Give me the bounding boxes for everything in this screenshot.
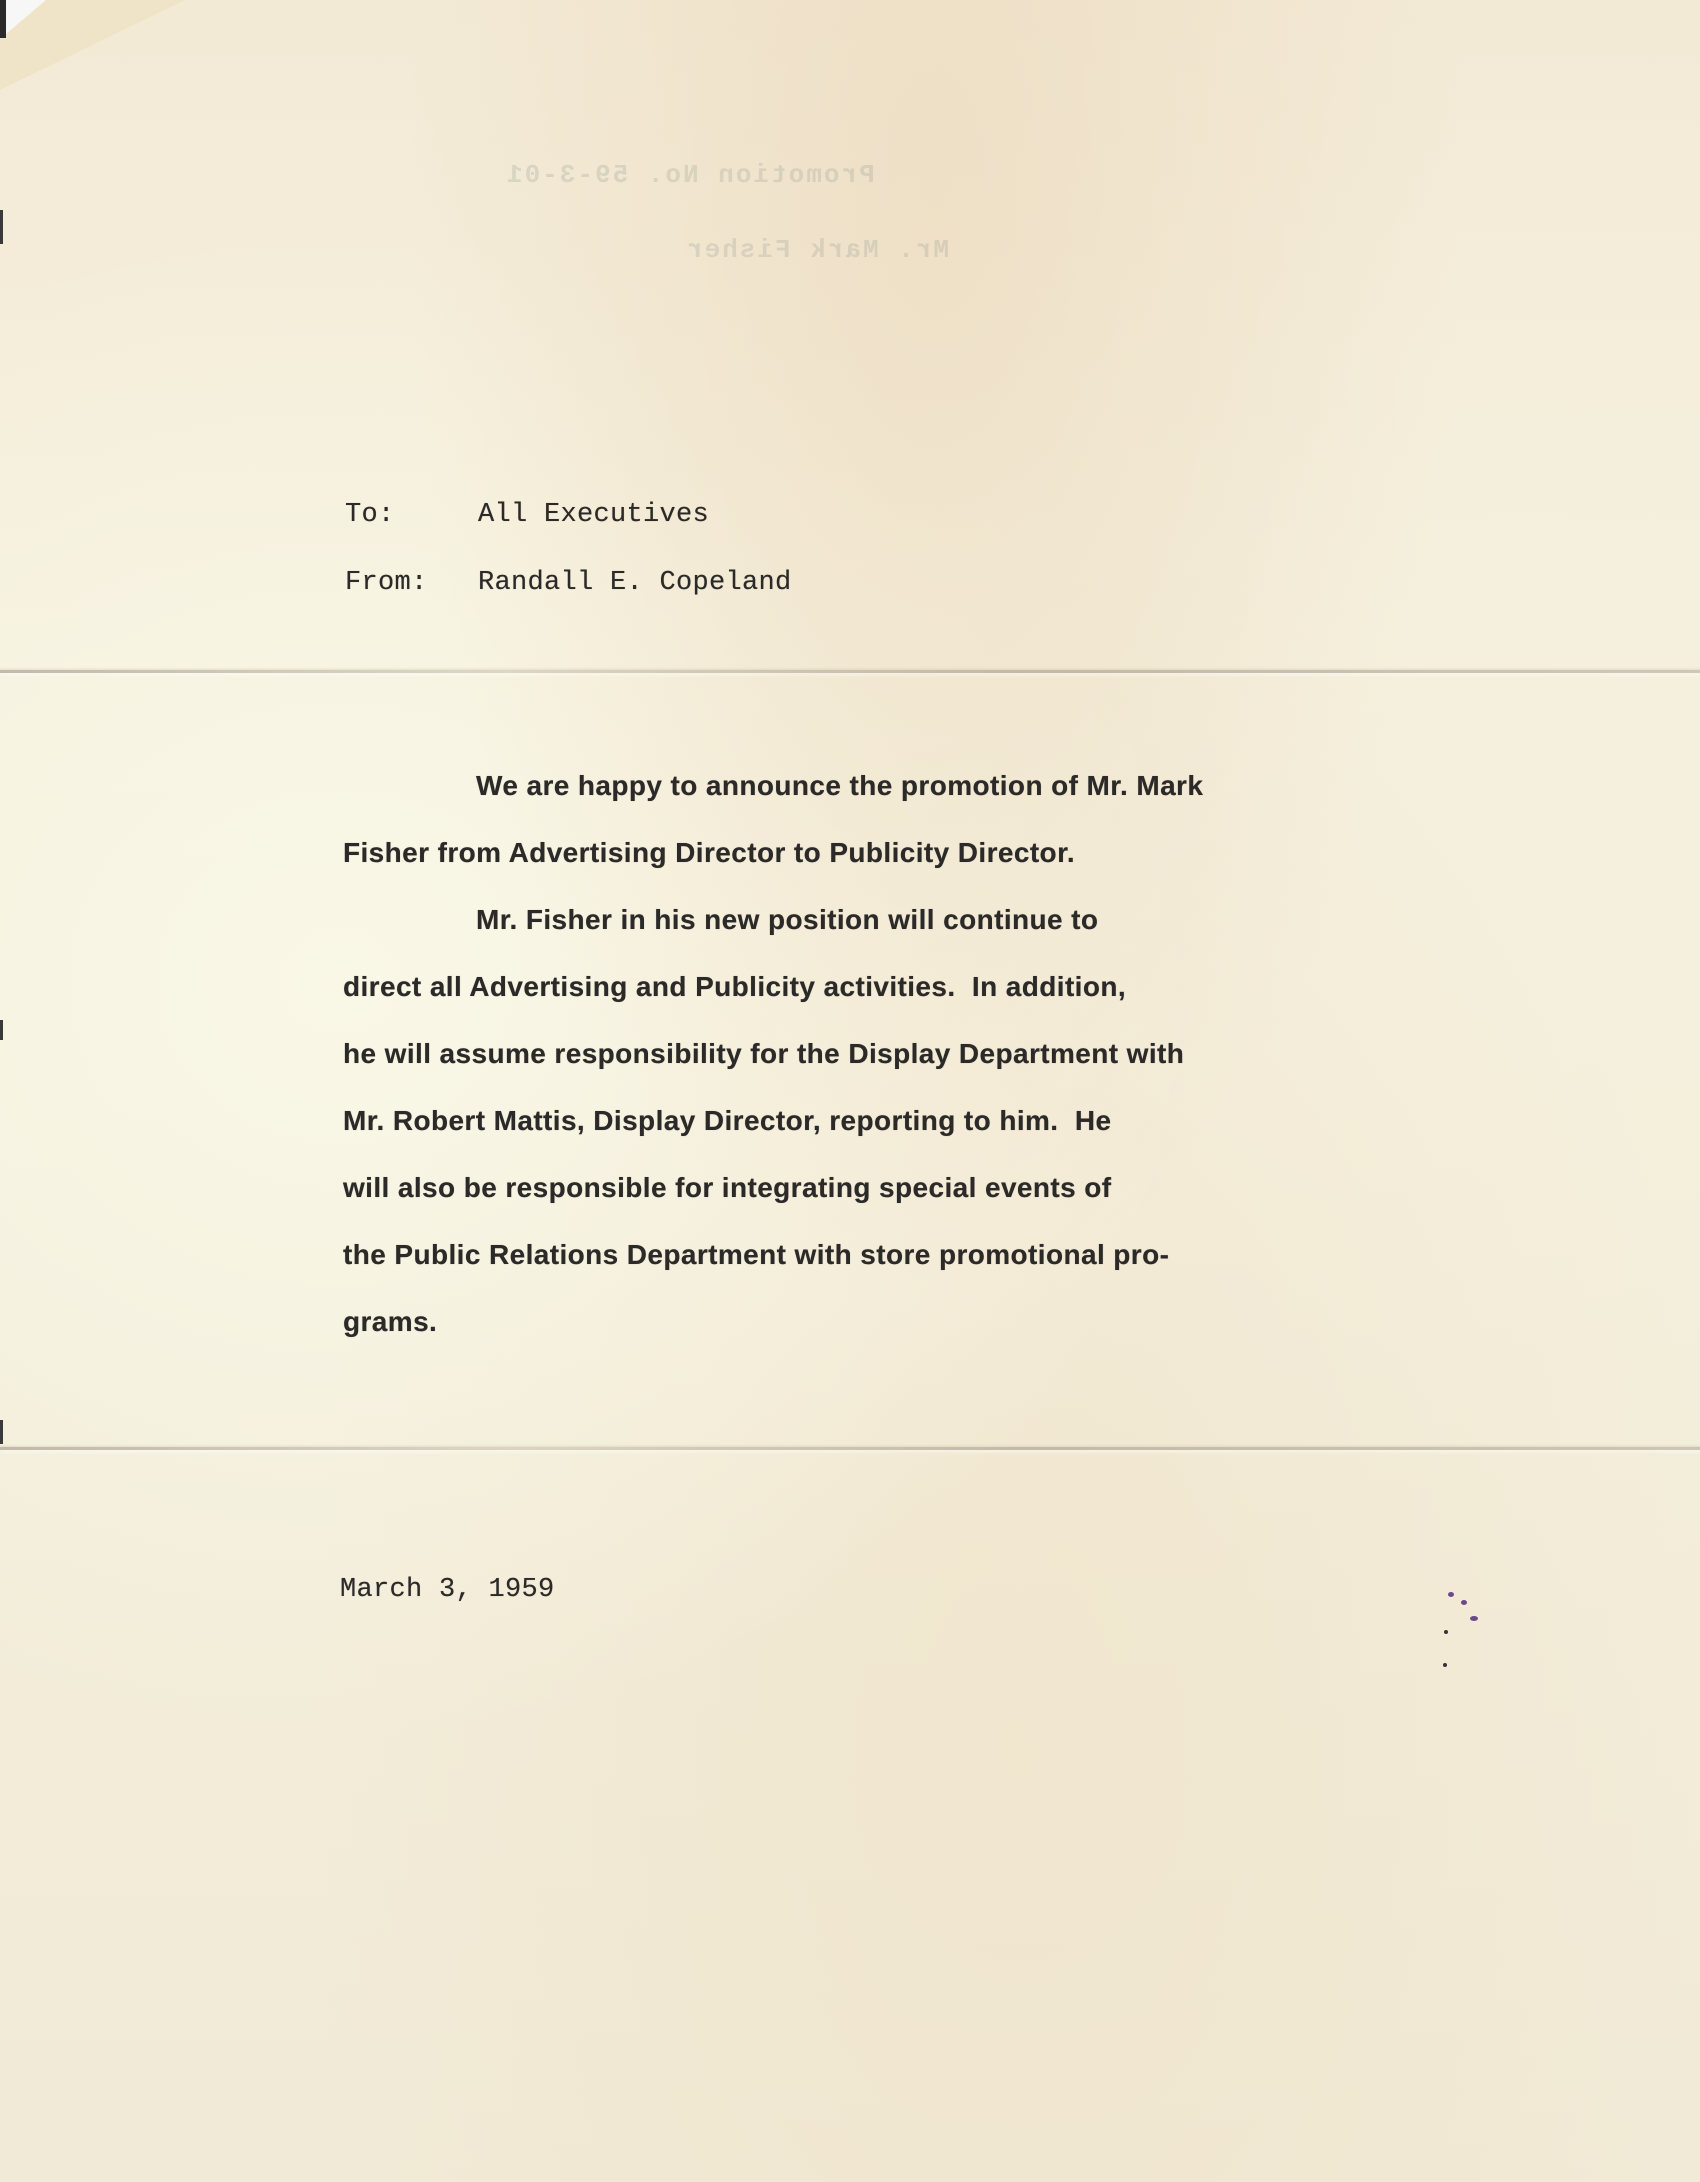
memo-date: March 3, 1959 xyxy=(340,1575,555,1605)
paper-background xyxy=(0,0,1700,2182)
left-edge-mark xyxy=(0,210,3,244)
body-line: We are happy to announce the promotion o… xyxy=(476,770,1203,802)
ink-speck xyxy=(1443,1663,1447,1667)
body-line: he will assume responsibility for the Di… xyxy=(343,1038,1184,1070)
corner-scan-edge xyxy=(6,0,46,34)
body-line: grams. xyxy=(343,1306,437,1338)
body-line: Fisher from Advertising Director to Publ… xyxy=(343,837,1075,869)
to-value: All Executives xyxy=(478,500,709,530)
body-line: the Public Relations Department with sto… xyxy=(343,1239,1169,1271)
from-label: From: xyxy=(345,568,428,598)
to-label: To: xyxy=(345,500,395,530)
bleed-through-text: Mr. Mark Fisher xyxy=(685,235,949,265)
paper-fold-crease xyxy=(0,670,1700,673)
ink-speck xyxy=(1470,1616,1478,1621)
body-line: Mr. Fisher in his new position will cont… xyxy=(476,904,1098,936)
corner-dark-edge xyxy=(0,0,6,38)
body-line: will also be responsible for integrating… xyxy=(343,1172,1112,1204)
paper-fold-crease xyxy=(0,1447,1700,1450)
body-line: Mr. Robert Mattis, Display Director, rep… xyxy=(343,1105,1111,1137)
ink-speck xyxy=(1461,1600,1467,1605)
left-edge-mark xyxy=(0,1020,3,1040)
ink-speck xyxy=(1444,1630,1448,1634)
body-line: direct all Advertising and Publicity act… xyxy=(343,971,1126,1003)
left-edge-mark xyxy=(0,1420,3,1444)
from-value: Randall E. Copeland xyxy=(478,568,792,598)
bleed-through-text: Promotion No. 59-3-01 xyxy=(505,160,875,190)
ink-speck xyxy=(1448,1592,1454,1597)
